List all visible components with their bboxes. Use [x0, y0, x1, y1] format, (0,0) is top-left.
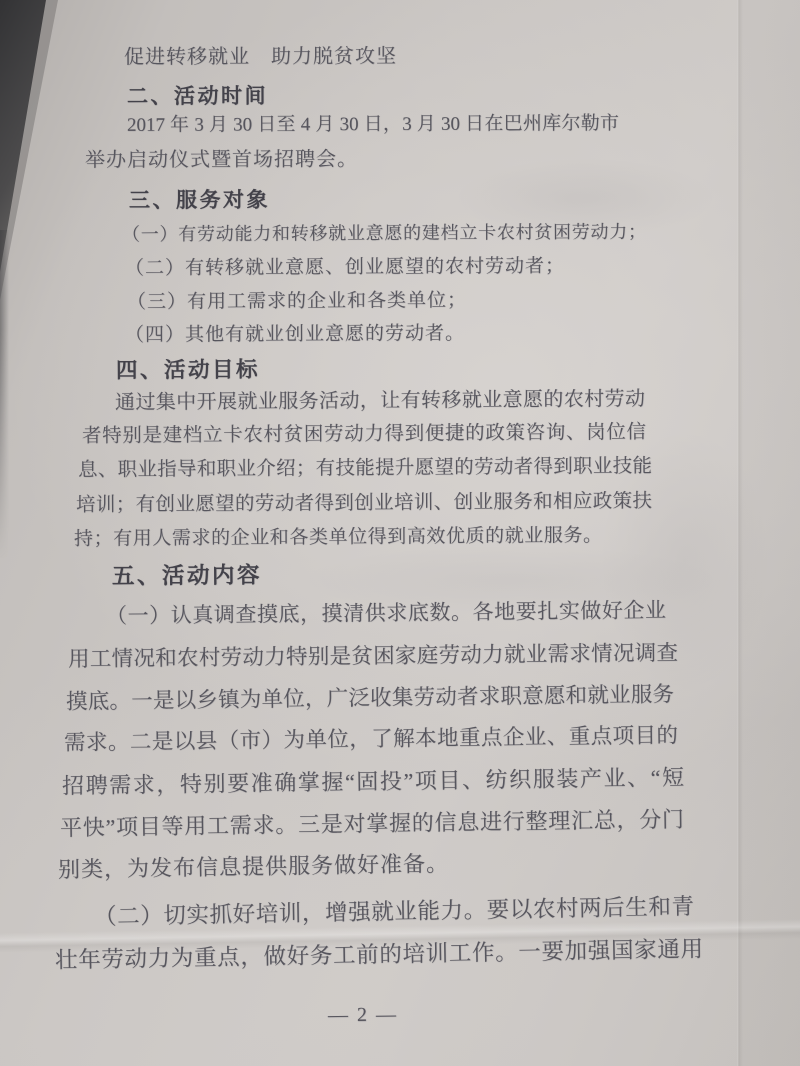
section-heading-activity-time: 二、活动时间: [127, 84, 268, 109]
activity-content-line-6: 平快”项目等用工需求。三是对掌握的信息进行整理汇总，分门: [60, 807, 684, 841]
activity-goal-line-4: 培训；有创业愿望的劳动者得到创业培训、创业服务和相应政策扶: [76, 491, 652, 517]
activity-goal-line-3: 息、职业指导和职业介绍；有技能提升愿望的劳动者得到职业技能: [78, 456, 652, 482]
service-target-item-4: （四）其他有就业创业意愿的劳动者。: [125, 323, 465, 347]
service-target-item-1: （一）有劳动能力和转移就业意愿的建档立卡农村贫困劳动力；: [122, 222, 646, 245]
activity-content-line-1: （一）认真调查摸底，摸清供求底数。各地要扎实做好企业: [106, 598, 666, 628]
section-heading-activity-content: 五、活动内容: [112, 563, 262, 590]
paper-right-edge: [737, 0, 800, 1066]
activity-content-line-2: 用工情况和农村劳动力特别是贫困家庭劳动力就业需求情况调查: [68, 641, 678, 672]
section-heading-service-targets: 三、服务对象: [129, 188, 270, 213]
activity-time-line-2: 举办启动仪式暨首场招聘会。: [85, 149, 358, 173]
activity-goal-line-2: 者特别是建档立卡农村贫困劳动力得到便捷的政策咨询、岗位信: [82, 422, 646, 448]
paper-left-edge-shadow: [0, 230, 9, 560]
activity-content-line-3: 摸底。一是以乡镇为单位，广泛收集劳动者求职意愿和就业服务: [66, 682, 674, 714]
slogan-line: 促进转移就业 助力脱贫攻坚: [124, 46, 397, 70]
activity-content-line-7: 别类，为发布信息提供服务做好准备。: [58, 851, 449, 882]
document-photo: 促进转移就业 助力脱贫攻坚 二、活动时间 2017 年 3 月 30 日至 4 …: [0, 0, 800, 1066]
page-number: — 2 —: [328, 1004, 398, 1028]
activity-goal-line-1: 通过集中开展就业服务活动，让有转移就业意愿的农村劳动: [115, 388, 645, 415]
activity-goal-line-5: 持；有用人需求的企业和各类单位得到高效优质的就业服务。: [74, 525, 602, 551]
service-target-item-2: （二）有转移就业意愿、创业愿望的农村劳动者；: [125, 256, 565, 280]
activity-content-line-4: 需求。二是以县（市）为单位，了解本地重点企业、重点项目的: [64, 723, 678, 755]
section-heading-activity-goal: 四、活动目标: [116, 358, 260, 384]
service-target-item-3: （三）有用工需求的企业和各类单位；: [127, 290, 467, 314]
activity-time-line-1: 2017 年 3 月 30 日至 4 月 30 日，3 月 30 日在巴州库尔勒…: [127, 113, 619, 137]
activity-content-line-5: 招聘需求，特别要准确掌握“固投”项目、纺织服装产业、“短: [62, 765, 684, 799]
